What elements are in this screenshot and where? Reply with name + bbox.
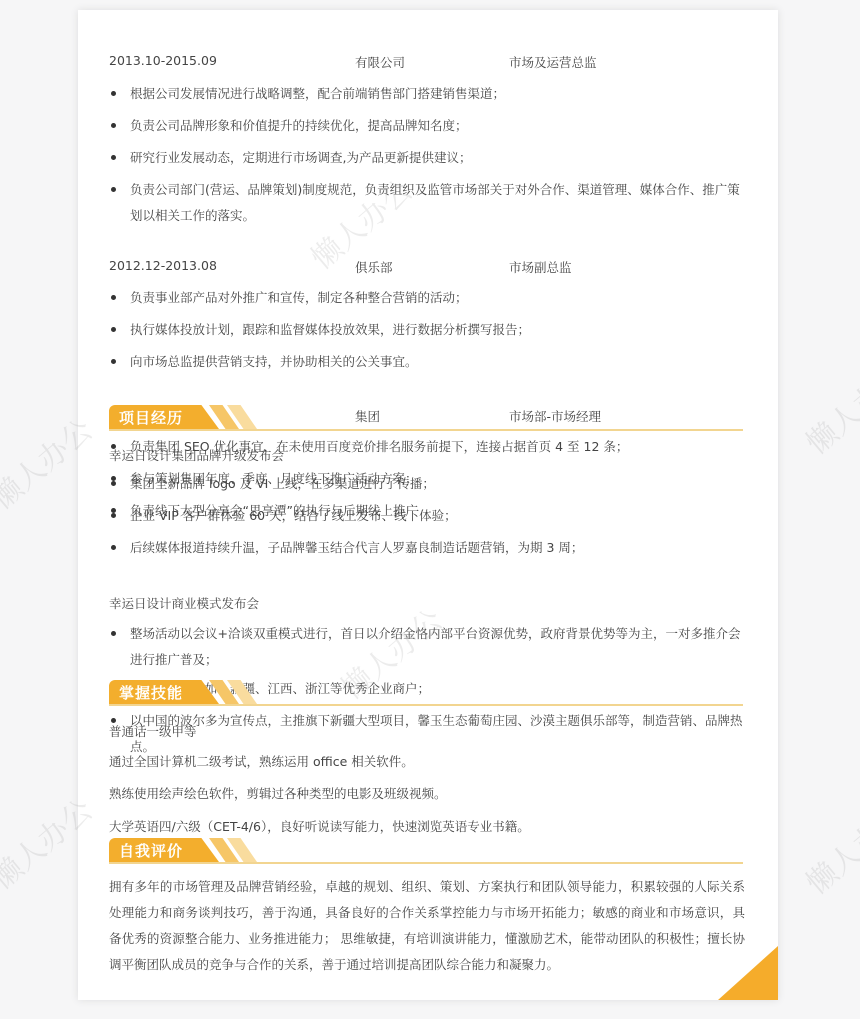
bullet-dot-icon	[111, 295, 116, 300]
project-bullet: 整场活动以会议+洽谈双重模式进行，首日以介绍金恪内部平台资源优势，政府背景优势等…	[109, 621, 749, 673]
self-evaluation-text: 拥有多年的市场管理及品牌营销经验，卓越的规划、组织、策划、方案执行和团队领导能力…	[109, 874, 745, 978]
section-header-projects: 项目经历	[109, 405, 743, 431]
bullet-dot-icon	[111, 123, 116, 128]
work-bullet: 研究行业发展动态，定期进行市场调查,为产品更新提供建议；	[109, 145, 749, 171]
watermark: 懒人办公	[795, 792, 860, 903]
bullet-dot-icon	[111, 481, 116, 486]
section-header-self-eval: 自我评价	[109, 838, 743, 864]
bullet-dot-icon	[111, 327, 116, 332]
skill-item: 大学英语四/六级（CET-4/6），良好听说读写能力，快速浏览英语专业书籍。	[109, 817, 530, 835]
section-underline	[109, 862, 743, 864]
bullet-dot-icon	[111, 155, 116, 160]
work-bullet: 向市场总监提供营销支持，并协助相关的公关事宜。	[109, 349, 749, 375]
bullet-dot-icon	[111, 359, 116, 364]
project-bullet: 后续媒体报道持续升温，子品牌馨玉结合代言人罗嘉良制造话题营销，为期 3 周；	[109, 535, 749, 561]
work-company: 有限公司	[355, 53, 405, 71]
work-period: 2012.12-2013.08	[109, 258, 217, 273]
work-period: 2013.10-2015.09	[109, 53, 217, 68]
work-title: 市场副总监	[509, 258, 572, 276]
section-underline	[109, 429, 743, 431]
section-underline	[109, 704, 743, 706]
project-name: 幸运日设计商业模式发布会	[109, 594, 259, 612]
skill-item: 普通话一级甲等	[109, 722, 197, 740]
bullet-dot-icon	[111, 91, 116, 96]
work-company: 俱乐部	[355, 258, 393, 276]
bullet-dot-icon	[111, 545, 116, 550]
section-title: 自我评价	[119, 840, 183, 861]
project-name: 幸运日设计集团品牌升级发布会	[109, 446, 284, 464]
skill-item: 熟练使用绘声绘色软件，剪辑过各种类型的电影及班级视频。	[109, 784, 447, 802]
work-bullet: 负责公司品牌形象和价值提升的持续优化，提高品牌知名度；	[109, 113, 749, 139]
work-title: 市场及运营总监	[509, 53, 597, 71]
bullet-dot-icon	[111, 513, 116, 518]
work-bullet: 负责事业部产品对外推广和宣传，制定各种整合营销的活动；	[109, 285, 749, 311]
bullet-dot-icon	[111, 187, 116, 192]
skill-item: 通过全国计算机二级考试，熟练运用 office 相关软件。	[109, 752, 414, 770]
resume-page: 2013.10-2015.09 有限公司 市场及运营总监 根据公司发展情况进行战…	[78, 10, 778, 1000]
section-title: 掌握技能	[119, 682, 183, 703]
project-bullet: 企业 VIP 客户群体验 60 天，结合了线上发布、线下体验；	[109, 503, 749, 529]
watermark: 懒人办公	[795, 352, 860, 463]
section-title: 项目经历	[119, 407, 183, 428]
work-bullet: 负责公司部门(营运、品牌策划)制度规范，负责组织及监管市场部关于对外合作、渠道管…	[109, 177, 749, 229]
project-bullet: 集团全新品牌 logo 及 VI 上线，在多渠道进行了传播；	[109, 471, 749, 497]
section-header-skills: 掌握技能	[109, 680, 743, 706]
bullet-dot-icon	[111, 631, 116, 636]
work-bullet: 执行媒体投放计划，跟踪和监督媒体投放效果，进行数据分析撰写报告；	[109, 317, 749, 343]
work-bullet: 根据公司发展情况进行战略调整，配合前端销售部门搭建销售渠道；	[109, 81, 749, 107]
